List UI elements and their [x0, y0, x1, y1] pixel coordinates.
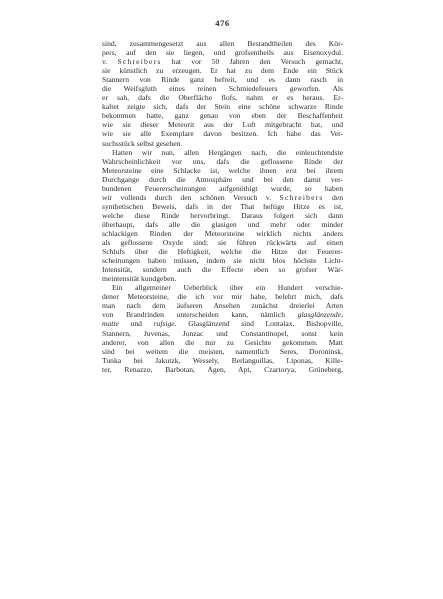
text-segment: Intensität, sondern auch die Effecte ebe…: [102, 265, 343, 274]
text-line: sind, zusammengesetzt aus allen Bestandt…: [102, 39, 343, 48]
text-segment: ter, Renazzo, Barbotan, Agen, Apt, Czart…: [102, 365, 343, 374]
text-line: Stannern, Juvenas, Jonzac und Constantin…: [102, 329, 343, 338]
text-segment: Schlufs über die Heftigkeit, welche die …: [102, 247, 343, 256]
text-line: matte und rufsige. Glasglänzend sind Lon…: [102, 319, 343, 328]
text-segment: man nach dem äufseren Ansehen zunächst d…: [102, 301, 343, 310]
text-segment: Meteorsteine eine Schlacke ist, welche i…: [102, 166, 343, 175]
text-segment: Hatten wir nun, allen Hergängen nach, di…: [112, 148, 343, 157]
text-segment: Stannern von Rinde ganz befreit, und es …: [102, 75, 343, 84]
text-line: als geflossene Oxyde sind; sie führen rü…: [102, 238, 343, 247]
text-segment: kaltet zeigte sich, dafs der Stein eine …: [102, 102, 343, 111]
text-line: Ein allgemeiner Ueberblick über ein Hund…: [102, 283, 343, 292]
text-segment: sind, zusammengesetzt aus allen Bestandt…: [102, 39, 343, 48]
text-segment: die Weifsgluth eines reinen Schmiedefeue…: [102, 84, 343, 93]
text-line: Stannern von Rinde ganz befreit, und es …: [102, 75, 343, 84]
text-segment: wir vollends durch den schönen Versuch v…: [102, 193, 280, 202]
text-segment: hat vor 50 Jahren den Versuch gemacht,: [162, 57, 343, 66]
text-block: sind, zusammengesetzt aus allen Bestandt…: [102, 39, 343, 374]
text-line: wie sie dieser Meteorit aus der Luft mit…: [102, 120, 343, 129]
italic-term: matte: [102, 319, 119, 328]
text-line: wie sie alle Exemplare davon besitzen. I…: [102, 129, 343, 138]
text-segment: bundenen Feuererscheinungen aufgenöthigt…: [102, 184, 343, 193]
text-line: pers, auf den sie liegen, und grofsenthe…: [102, 48, 343, 57]
text-line: Hatten wir nun, allen Hergängen nach, di…: [102, 148, 343, 157]
text-segment: dener Meteorsteine, die ich vor mir habe…: [102, 292, 343, 301]
text-segment: schlackigen Rinden der Meteorsteine wirk…: [102, 229, 343, 238]
text-line: Tunka bei Jakutzk, Wessely, Berlanguilla…: [102, 356, 343, 365]
text-segment: v.: [102, 57, 117, 66]
text-segment: Wahrscheinlichkeit vor uns, dafs die gef…: [102, 157, 343, 166]
text-line: die Weifsgluth eines reinen Schmiedefeue…: [102, 84, 343, 93]
text-line: Intensität, sondern auch die Effecte ebe…: [102, 265, 343, 274]
text-segment: sind bei weitem die meisten, namentlich …: [102, 347, 343, 356]
text-line: man nach dem äufseren Ansehen zunächst d…: [102, 301, 343, 310]
text-segment: wie sie alle Exemplare davon besitzen. I…: [102, 129, 343, 138]
text-segment: suchsstück selbst gesehen.: [102, 139, 182, 148]
text-segment: welche diese Rinde hervorbringt. Daraus …: [102, 211, 343, 220]
text-line: schlackigen Rinden der Meteorsteine wirk…: [102, 229, 343, 238]
text-line: Durchgange durch die Atmosphäre und bei …: [102, 175, 343, 184]
text-segment: Glasglänzend sind Lontalax, Bishopville,: [177, 319, 343, 328]
text-line: anderer, von allen die mir zu Gesichte g…: [102, 338, 343, 347]
text-line: von Brandrinden unterscheiden kann, näml…: [102, 310, 343, 319]
text-segment: als geflossene Oxyde sind; sie führen rü…: [102, 238, 343, 247]
text-line: kaltet zeigte sich, dafs der Stein eine …: [102, 102, 343, 111]
text-line: bekommen hatte, ganz genau von eben der …: [102, 111, 343, 120]
text-segment: den: [324, 193, 343, 202]
text-segment: er sah, dafs die Oberfläche flofs, nahm …: [102, 93, 343, 102]
text-segment: anderer, von allen die mir zu Gesichte g…: [102, 338, 343, 347]
text-line: scheinungen haben müssen, indem sie nich…: [102, 256, 343, 265]
text-line: dener Meteorsteine, die ich vor mir habe…: [102, 292, 343, 301]
text-line: Schlufs über die Heftigkeit, welche die …: [102, 247, 343, 256]
text-segment: sie künstlich zu erzeugen. Er hat zu dem…: [102, 66, 343, 75]
text-line: Meteorsteine eine Schlacke ist, welche i…: [102, 166, 343, 175]
text-segment: und: [119, 319, 154, 328]
text-line: ter, Renazzo, Barbotan, Agen, Apt, Czart…: [102, 365, 343, 374]
text-line: Wahrscheinlichkeit vor uns, dafs die gef…: [102, 157, 343, 166]
text-line: welche diese Rinde hervorbringt. Daraus …: [102, 211, 343, 220]
text-line: wir vollends durch den schönen Versuch v…: [102, 193, 343, 202]
text-line: überhaupt, dafs alle die glasigen und me…: [102, 220, 343, 229]
text-segment: Stannern, Juvenas, Jonzac und Constantin…: [102, 329, 343, 338]
text-line: synthetischen Beweis, dafs in der That h…: [102, 202, 343, 211]
letterspaced-name: Schreibers: [280, 193, 324, 202]
page-number: 476: [102, 18, 343, 28]
text-segment: von Brandrinden unterscheiden kann, näml…: [102, 310, 298, 319]
text-segment: Tunka bei Jakutzk, Wessely, Berlanguilla…: [102, 356, 343, 365]
text-line: v. Schreibers hat vor 50 Jahren den Vers…: [102, 57, 343, 66]
text-segment: synthetischen Beweis, dafs in der That h…: [102, 202, 343, 211]
text-segment: überhaupt, dafs alle die glasigen und me…: [102, 220, 343, 229]
text-segment: Durchgange durch die Atmosphäre und bei …: [102, 175, 343, 184]
text-line: bundenen Feuererscheinungen aufgenöthigt…: [102, 184, 343, 193]
letterspaced-name: Schreibers: [117, 57, 161, 66]
text-segment: wie sie dieser Meteorit aus der Luft mit…: [102, 120, 343, 129]
italic-term: glasglänzende,: [298, 310, 343, 319]
book-page: 476 sind, zusammengesetzt aus allen Best…: [0, 0, 443, 599]
text-segment: bekommen hatte, ganz genau von eben der …: [102, 111, 343, 120]
text-segment: pers, auf den sie liegen, und grofsenthe…: [102, 48, 343, 57]
text-line: suchsstück selbst gesehen.: [102, 139, 343, 148]
text-line: sie künstlich zu erzeugen. Er hat zu dem…: [102, 66, 343, 75]
text-segment: Ein allgemeiner Ueberblick über ein Hund…: [112, 283, 343, 292]
text-line: sind bei weitem die meisten, namentlich …: [102, 347, 343, 356]
text-line: meintensität kundgeben.: [102, 274, 343, 283]
text-line: er sah, dafs die Oberfläche flofs, nahm …: [102, 93, 343, 102]
text-segment: scheinungen haben müssen, indem sie nich…: [102, 256, 343, 265]
italic-term: rufsige.: [154, 319, 177, 328]
text-segment: meintensität kundgeben.: [102, 274, 176, 283]
